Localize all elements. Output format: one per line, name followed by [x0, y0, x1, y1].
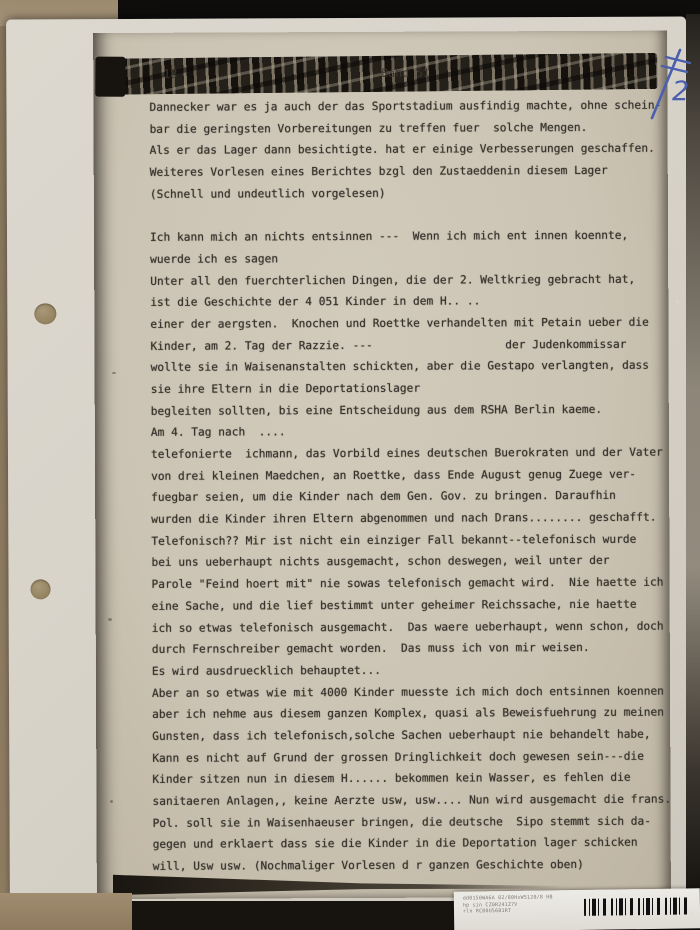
sticker-line-3: rln RC00U5601RT — [463, 907, 553, 915]
typed-line: (Schnell und undeutlich vorgelesen) — [150, 181, 670, 205]
typed-line-text: Dannecker war es ja auch der das Sportst… — [149, 95, 661, 119]
typed-line: ist die Geschichte der 4 051 Kinder in d… — [150, 290, 670, 314]
scanned-document-photo: 18 Band 51 Dannecker war es ja auch der … — [0, 0, 700, 930]
dust-speck — [676, 300, 679, 303]
handwritten-annotation: 2 — [640, 48, 700, 124]
typed-line: gegen und erklaert dass sie die Kinder i… — [153, 832, 673, 856]
dust-speck — [112, 372, 116, 374]
typed-line-text: Weiteres Vorlesen eines Berichtes bzgl d… — [150, 160, 608, 184]
typed-line-text: wollte sie in Waisenanstalten schickten,… — [151, 355, 650, 379]
document-body: Dannecker war es ja auch der das Sportst… — [149, 95, 672, 878]
typed-line: Es wird ausdruecklich behauptet... — [152, 658, 672, 682]
typed-line: Am 4. Tag nach .... — [151, 420, 671, 444]
typed-line-text: Kinder sitzen nun in diesem H...... beko… — [152, 767, 630, 791]
punch-hole-top — [34, 303, 56, 324]
typed-line-text: Aber an so etwas wie mit 4000 Kinder mue… — [152, 680, 664, 704]
typed-line-text: Kann es nicht auf Grund der grossen Drin… — [152, 745, 644, 769]
typed-line: Parole "Feind hoert mit" nie sowas telef… — [151, 572, 671, 596]
typed-line-text: ist die Geschichte der 4 051 Kinder in d… — [150, 291, 480, 314]
typed-line: sanitaeren Anlagen,, keine Aerzte usw, u… — [152, 789, 672, 813]
typed-line-text: Pol. soll sie in Waisenhaeuser bringen, … — [153, 810, 652, 834]
page-header: 18 Band 51 — [93, 65, 667, 90]
page-number: 18 — [163, 67, 177, 81]
typed-line: Aber an so etwas wie mit 4000 Kinder mue… — [152, 680, 672, 704]
archival-sticker: dd0150WA6A 02/80HxW5120/8 HB hp sin CZ0R… — [454, 888, 700, 930]
typed-line-text: bar die geringsten Vorbereitungen zu tre… — [150, 117, 588, 141]
typed-line-text: wurden die Kinder ihren Eltern abgenomme… — [151, 507, 656, 531]
typed-line-text: ich so etwas telefonisch ausgemacht. Das… — [152, 615, 664, 639]
typed-line-text: Als er das Lager dann besichtigte. hat e… — [150, 138, 655, 162]
typed-line-text: Telefonisch?? Mir ist nicht ein einziger… — [151, 528, 636, 552]
frame-bottom-band — [126, 901, 464, 930]
typed-line: eine Sache, und die lief bestimmt unter … — [152, 593, 672, 617]
typed-line: wuerde ich es sagen — [150, 246, 670, 270]
typed-line-text: einer der aergsten. Knochen und Roettke … — [150, 312, 649, 336]
typed-line: bar die geringsten Vorbereitungen zu tre… — [150, 116, 670, 140]
typed-line: Kinder sitzen nun in diesem H...... beko… — [152, 767, 672, 791]
album-mat-bottom-left-corner — [0, 893, 132, 930]
typed-line-text: sanitaeren Anlagen,, keine Aerzte usw, u… — [152, 789, 671, 813]
typed-line-text: will, Usw usw. (Nochmaliger Vorlesen d r… — [153, 854, 584, 878]
typed-line-text: telefonierte ichmann, das Vorbild eines … — [151, 442, 663, 466]
typed-line: wollte sie in Waisenanstalten schickten,… — [151, 355, 671, 379]
typed-line-text: Kinder, am 2. Tag der Razzie. --- — [150, 334, 372, 357]
typed-line: bei uns ueberhaupt nichts ausgemacht, sc… — [151, 550, 671, 574]
typed-line-text: durch Fernschreiber gemacht worden. Das … — [152, 637, 590, 661]
typed-line: Gunsten, dass ich telefonisch,solche Sac… — [152, 724, 672, 748]
typed-line: Pol. soll sie in Waisenhaeuser bringen, … — [153, 810, 673, 834]
typed-line-text: sie ihre Eltern in die Deportationslager — [151, 378, 421, 401]
typed-line: sie ihre Eltern in die Deportationslager — [151, 377, 671, 401]
typescript-page: 18 Band 51 Dannecker war es ja auch der … — [93, 31, 671, 899]
typed-line: Weiteres Vorlesen eines Berichtes bzgl d… — [150, 160, 670, 184]
typed-line: Ich kann mich an nichts entsinnen --- We… — [150, 225, 670, 249]
sticker-line-1: dd0150WA6A 02/80HxW5120/8 HB — [463, 894, 553, 902]
typed-line-text: begleiten sollten, bis eine Entscheidung… — [151, 399, 602, 423]
typed-line: Unter all den fuerchterlichen Dingen, di… — [150, 268, 670, 292]
dust-speck — [108, 618, 112, 621]
typed-line: Als er das Lager dann besichtigte. hat e… — [150, 138, 670, 162]
barcode — [584, 897, 692, 916]
typed-line-text: Gunsten, dass ich telefonisch,solche Sac… — [152, 724, 651, 748]
typed-line: begleiten sollten, bis eine Entscheidung… — [151, 398, 671, 422]
typed-line: durch Fernschreiber gemacht worden. Das … — [152, 637, 672, 661]
photo-right-edge-shadow — [686, 14, 700, 906]
typed-line: will, Usw usw. (Nochmaliger Vorlesen d r… — [153, 854, 673, 878]
typed-line-text: eine Sache, und die lief bestimmt unter … — [152, 594, 637, 618]
typed-line-text: Es wird ausdruecklich behauptet... — [152, 660, 381, 683]
photographic-print: 18 Band 51 Dannecker war es ja auch der … — [6, 17, 690, 904]
typed-line: wurden die Kinder ihren Eltern abgenomme… — [151, 507, 671, 531]
annotation-digit: 2 — [672, 76, 689, 107]
typed-line-text: Parole "Feind hoert mit" nie sowas telef… — [151, 572, 663, 596]
typed-line: Dannecker war es ja auch der das Sportst… — [149, 95, 669, 119]
punch-hole-bottom — [31, 579, 51, 599]
typed-line: von drei kleinen Maedchen, an Roettke, d… — [151, 463, 671, 487]
typed-line — [150, 203, 670, 227]
typed-line-text: aber ich nehme aus diesem ganzen Komplex… — [152, 702, 664, 726]
typed-line-text: Am 4. Tag nach .... — [151, 422, 286, 444]
dust-speck — [110, 800, 113, 803]
typed-line-text-right: der Judenkommissar — [505, 333, 626, 355]
volume-header: Band 51 — [381, 66, 430, 80]
typed-line-text: Ich kann mich an nichts entsinnen --- We… — [150, 225, 628, 249]
typed-line: fuegbar seien, um die Kinder nach dem Ge… — [151, 485, 671, 509]
typed-line: Kann es nicht auf Grund der grossen Drin… — [152, 745, 672, 769]
typed-line-text: Unter all den fuerchterlichen Dingen, di… — [150, 268, 635, 292]
sticker-text: dd0150WA6A 02/80HxW5120/8 HB hp sin CZ0R… — [463, 894, 553, 915]
typed-line: telefonierte ichmann, das Vorbild eines … — [151, 442, 671, 466]
typed-line-text: gegen und erklaert dass sie die Kinder i… — [153, 832, 638, 856]
typed-line: aber ich nehme aus diesem ganzen Komplex… — [152, 702, 672, 726]
typed-line: einer der aergsten. Knochen und Roettke … — [150, 311, 670, 335]
typed-line: Kinder, am 2. Tag der Razzie. ---der Jud… — [150, 333, 670, 357]
typed-line-text: fuegbar seien, um die Kinder nach dem Ge… — [151, 485, 616, 509]
typed-line: ich so etwas telefonisch ausgemacht. Das… — [152, 615, 672, 639]
typed-line-text: (Schnell und undeutlich vorgelesen) — [150, 183, 386, 206]
typed-line-text: wuerde ich es sagen — [150, 248, 278, 270]
typed-line: Telefonisch?? Mir ist nicht ein einziger… — [151, 528, 671, 552]
typed-line-text: bei uns ueberhaupt nichts ausgemacht, sc… — [151, 550, 609, 574]
typed-line-text: von drei kleinen Maedchen, an Roettke, d… — [151, 463, 636, 487]
